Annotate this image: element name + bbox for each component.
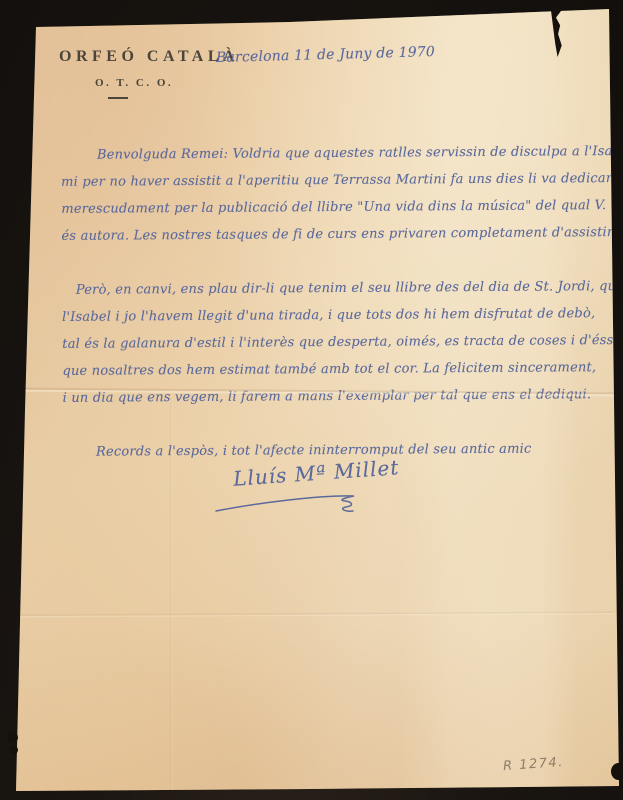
archive-reference: R 1274. xyxy=(503,755,565,774)
paragraph-2: Però, en canvi, ens plau dir-li que teni… xyxy=(62,279,603,418)
paper-hole xyxy=(8,732,18,743)
body-line: mi per no haver assistit a l'aperitiu qu… xyxy=(61,171,601,202)
body-line: Però, en canvi, ens plau dir-li que teni… xyxy=(62,279,602,310)
body-line: l'Isabel i jo l'havem llegit d'una tirad… xyxy=(62,306,602,337)
body-line: que nosaltres dos hem estimat també amb … xyxy=(62,360,602,391)
letterhead-org-name: ORFEÓ CATALÀ xyxy=(59,48,239,66)
paper-hole xyxy=(10,746,18,754)
handwritten-date: Barcelona 11 de Juny de 1970 xyxy=(216,44,435,66)
body-line: tal és la galanura d'estil i l'interès q… xyxy=(62,333,602,364)
paper-notch xyxy=(611,763,623,780)
body-line: Benvolguda Remei: Voldria que aquestes r… xyxy=(61,144,601,175)
fold-crease-horizontal xyxy=(14,611,614,617)
paragraph-1: Benvolguda Remei: Voldria que aquestes r… xyxy=(61,144,602,256)
letter-body: Benvolguda Remei: Voldria que aquestes r… xyxy=(61,144,603,472)
body-line: i un dia que ens vegem, li farem a mans … xyxy=(63,387,603,418)
signature-flourish xyxy=(212,486,377,526)
body-line: merescudament per la publicació del llib… xyxy=(61,198,601,229)
letter-paper: ORFEÓ CATALÀ O. T. C. O. Barcelona 11 de… xyxy=(0,0,623,800)
body-line: és autora. Les nostres tasques de fi de … xyxy=(61,225,601,256)
letterhead-org-abbr: O. T. C. O. xyxy=(95,77,173,89)
letterhead-rule xyxy=(108,97,128,99)
